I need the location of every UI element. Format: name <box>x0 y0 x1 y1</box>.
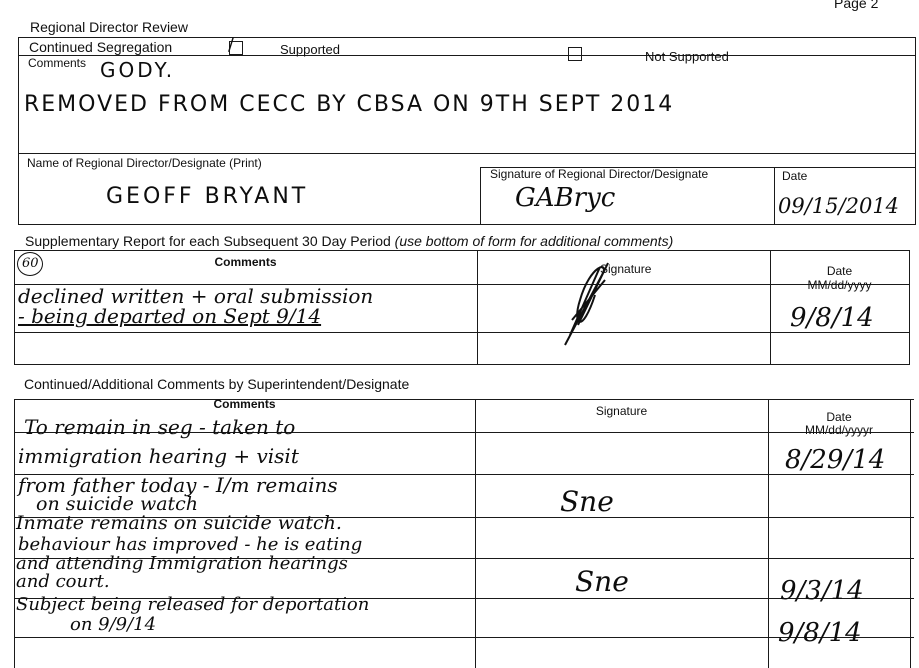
add-comment-line: Inmate remains on suicide watch. <box>16 514 342 533</box>
not-supported-label: Not Supported <box>645 50 729 63</box>
supp-comments-header: Comments <box>14 256 477 268</box>
divider <box>768 399 769 668</box>
director-signature: GABryc <box>515 185 615 211</box>
supplementary-title: Supplementary Report for each Subsequent… <box>25 234 673 248</box>
divider <box>18 224 916 225</box>
director-date: 09/15/2014 <box>778 196 899 217</box>
divider <box>14 364 910 365</box>
add-comment-line: immigration hearing + visit <box>18 446 299 466</box>
add-comment-line: on 9/9/14 <box>70 616 156 634</box>
additional-title: Continued/Additional Comments by Superin… <box>24 377 409 391</box>
divider <box>480 167 481 224</box>
supported-label: Supported <box>280 43 340 56</box>
supp-comment-line: - being departed on Sept 9/14 <box>18 306 321 326</box>
add-comment-line: behaviour has improved - he is eating <box>18 536 362 554</box>
scribble-signature <box>560 255 620 350</box>
add-date-format: MM/dd/yyyyr <box>768 424 910 436</box>
divider <box>18 55 916 56</box>
date-label: Date <box>782 170 807 182</box>
divider <box>909 250 910 364</box>
divider <box>14 332 910 333</box>
comments-label: Comments <box>28 57 86 69</box>
supplementary-title-note: (use bottom of form for additional comme… <box>395 233 674 249</box>
supp-date: 9/8/14 <box>790 305 874 331</box>
divider <box>18 153 916 154</box>
regional-review-title: Regional Director Review <box>30 20 188 34</box>
supp-date-format: MM/dd/yyyy <box>770 279 909 291</box>
supp-date-header: Date <box>770 265 909 277</box>
add-date: 9/8/14 <box>778 620 862 646</box>
director-signature-label: Signature of Regional Director/Designate <box>490 168 708 180</box>
divider <box>915 37 916 224</box>
add-comments-header: Comments <box>14 398 475 410</box>
add-comment-line: To remain in seg - taken to <box>24 417 295 437</box>
superintendent-signature: Sne <box>560 488 614 516</box>
add-signature-header: Signature <box>475 405 768 417</box>
checkmark-icon: / <box>228 36 234 54</box>
continued-segregation-label: Continued Segregation <box>29 40 172 54</box>
divider <box>18 37 19 224</box>
supported-checkbox[interactable]: / <box>229 41 243 55</box>
divider <box>910 399 911 668</box>
divider <box>14 250 910 251</box>
add-date: 9/3/14 <box>780 578 864 604</box>
regional-comment-line: GODY. <box>100 60 175 80</box>
divider <box>475 399 476 668</box>
add-comment-line: Subject being released for deportation <box>16 596 369 614</box>
supp-comment-line: declined written + oral submission <box>18 286 373 306</box>
divider <box>774 167 775 224</box>
divider <box>14 399 15 668</box>
superintendent-signature: Sne <box>575 568 629 596</box>
supplementary-title-text: Supplementary Report for each Subsequent… <box>25 233 391 249</box>
add-comment-line: from father today - I/m remains <box>18 475 338 495</box>
add-date-header: Date <box>768 411 910 423</box>
divider <box>477 250 478 364</box>
regional-comment-line: REMOVED FROM CECC BY CBSA ON 9TH SEPT 20… <box>24 94 674 116</box>
page-number: Page 2 <box>834 0 878 10</box>
director-name-value: GEOFF BRYANT <box>106 186 308 208</box>
add-date: 8/29/14 <box>785 447 885 473</box>
add-comment-line: and court. <box>16 573 110 591</box>
director-name-label: Name of Regional Director/Designate (Pri… <box>27 157 262 169</box>
not-supported-checkbox[interactable] <box>568 47 582 61</box>
divider <box>18 37 916 38</box>
